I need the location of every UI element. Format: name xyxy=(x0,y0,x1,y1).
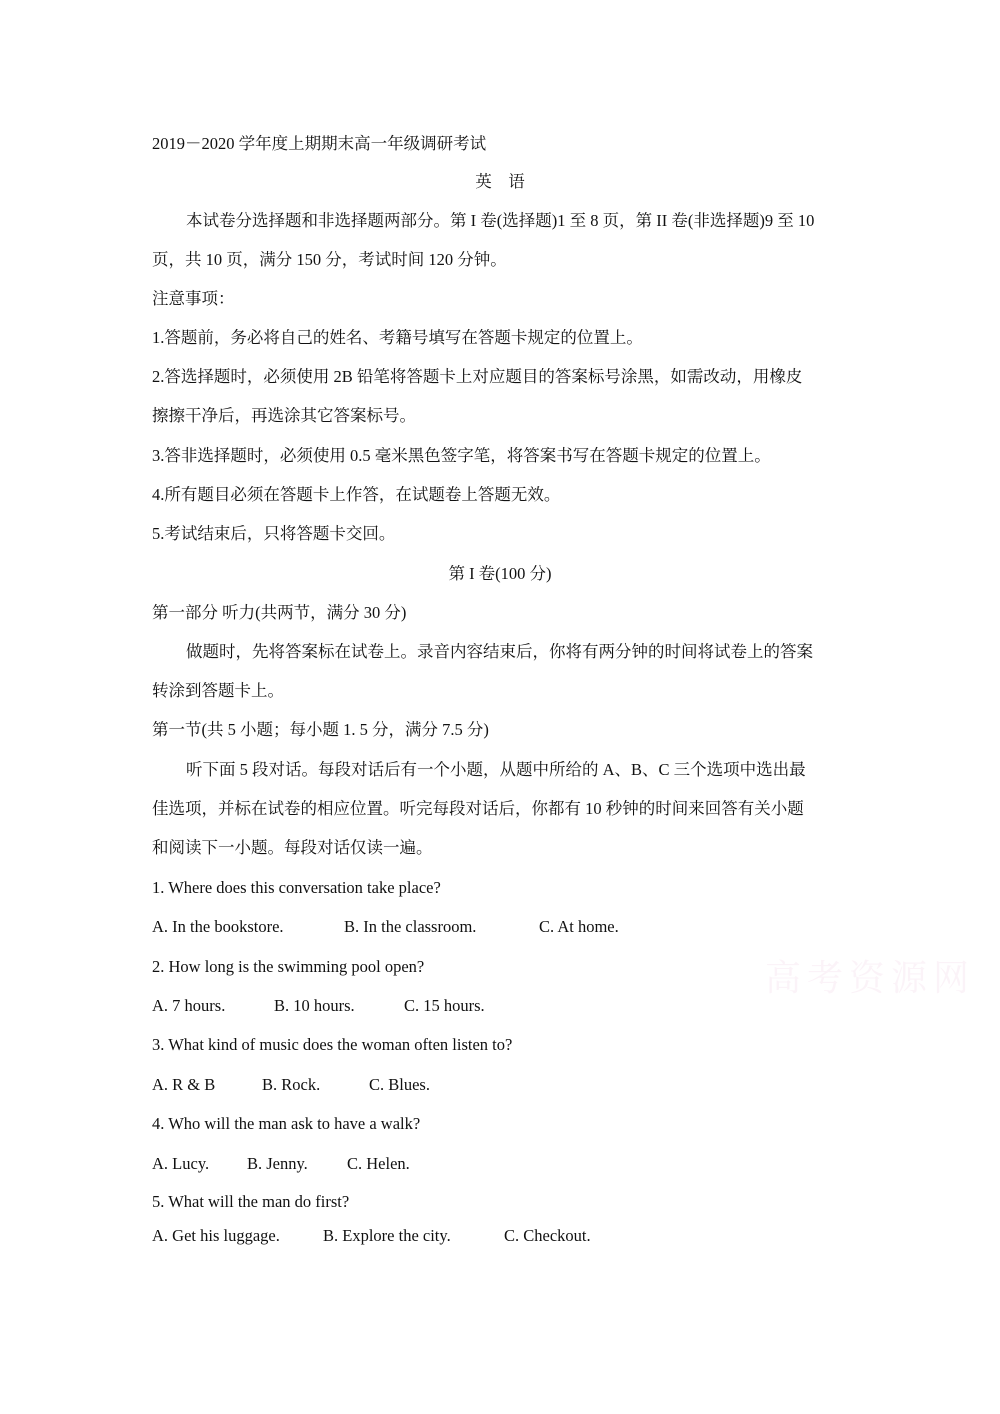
option-b: B. Explore the city. xyxy=(323,1226,504,1246)
subject-title: 英 语 xyxy=(0,172,1000,192)
option-b: B. 10 hours. xyxy=(274,996,404,1016)
intro-line-2: 页，共 10 页，满分 150 分，考试时间 120 分钟。 xyxy=(152,250,507,270)
question-2-options: A. 7 hours.B. 10 hours.C. 15 hours. xyxy=(152,996,485,1016)
option-a: A. R & B xyxy=(152,1075,262,1095)
question-4: 4. Who will the man ask to have a walk? xyxy=(152,1114,420,1134)
note-item: 3.答非选择题时，必须使用 0.5 毫米黑色签字笔，将答案书写在答题卡规定的位置… xyxy=(152,446,771,466)
question-3: 3. What kind of music does the woman oft… xyxy=(152,1035,512,1055)
note-item: 2.答选择题时，必须使用 2B 铅笔将答题卡上对应题目的答案标号涂黑，如需改动，… xyxy=(152,367,802,387)
section-title: 第一节(共 5 小题；每小题 1. 5 分，满分 7.5 分) xyxy=(152,720,489,740)
section-instructions-cont: 和阅读下一小题。每段对话仅读一遍。 xyxy=(152,838,433,858)
question-3-options: A. R & BB. Rock.C. Blues. xyxy=(152,1075,430,1095)
note-item-cont: 擦擦干净后，再选涂其它答案标号。 xyxy=(152,406,416,426)
part-instructions-cont: 转涂到答题卡上。 xyxy=(152,681,284,701)
option-b: B. In the classroom. xyxy=(344,917,539,937)
part-instructions: 做题时，先将答案标在试卷上。录音内容结束后，你将有两分钟的时间将试卷上的答案 xyxy=(186,642,813,662)
option-b: B. Rock. xyxy=(262,1075,369,1095)
question-5: 5. What will the man do first? xyxy=(152,1192,349,1212)
intro-line-1: 本试卷分选择题和非选择题两部分。第 I 卷(选择题)1 至 8 页，第 II 卷… xyxy=(186,211,814,231)
watermark: 高考资源网 xyxy=(765,950,975,1001)
option-a: A. 7 hours. xyxy=(152,996,274,1016)
option-c: C. Blues. xyxy=(369,1075,430,1095)
question-1-options: A. In the bookstore.B. In the classroom.… xyxy=(152,917,619,937)
note-item: 4.所有题目必须在答题卡上作答，在试题卷上答题无效。 xyxy=(152,485,560,505)
option-a: A. In the bookstore. xyxy=(152,917,344,937)
question-1: 1. Where does this conversation take pla… xyxy=(152,878,441,898)
section-instructions: 听下面 5 段对话。每段对话后有一个小题，从题中所给的 A、B、C 三个选项中选… xyxy=(186,760,806,780)
question-4-options: A. Lucy.B. Jenny.C. Helen. xyxy=(152,1154,410,1174)
note-item: 1.答题前，务必将自己的姓名、考籍号填写在答题卡规定的位置上。 xyxy=(152,328,643,348)
question-5-options: A. Get his luggage.B. Explore the city.C… xyxy=(152,1226,591,1246)
option-a: A. Get his luggage. xyxy=(152,1226,323,1246)
option-c: C. Checkout. xyxy=(504,1226,591,1246)
volume-title: 第 I 卷(100 分) xyxy=(0,564,1000,584)
note-item: 5.考试结束后，只将答题卡交回。 xyxy=(152,524,395,544)
option-a: A. Lucy. xyxy=(152,1154,247,1174)
option-b: B. Jenny. xyxy=(247,1154,347,1174)
question-2: 2. How long is the swimming pool open? xyxy=(152,957,424,977)
part-title: 第一部分 听力(共两节，满分 30 分) xyxy=(152,603,406,623)
notes-title: 注意事项： xyxy=(152,289,235,309)
section-instructions-cont: 佳选项，并标在试卷的相应位置。听完每段对话后，你都有 10 秒钟的时间来回答有关… xyxy=(152,799,804,819)
option-c: C. At home. xyxy=(539,917,619,937)
option-c: C. 15 hours. xyxy=(404,996,485,1016)
exam-title: 2019－2020 学年度上期期末高一年级调研考试 xyxy=(152,134,486,154)
option-c: C. Helen. xyxy=(347,1154,410,1174)
